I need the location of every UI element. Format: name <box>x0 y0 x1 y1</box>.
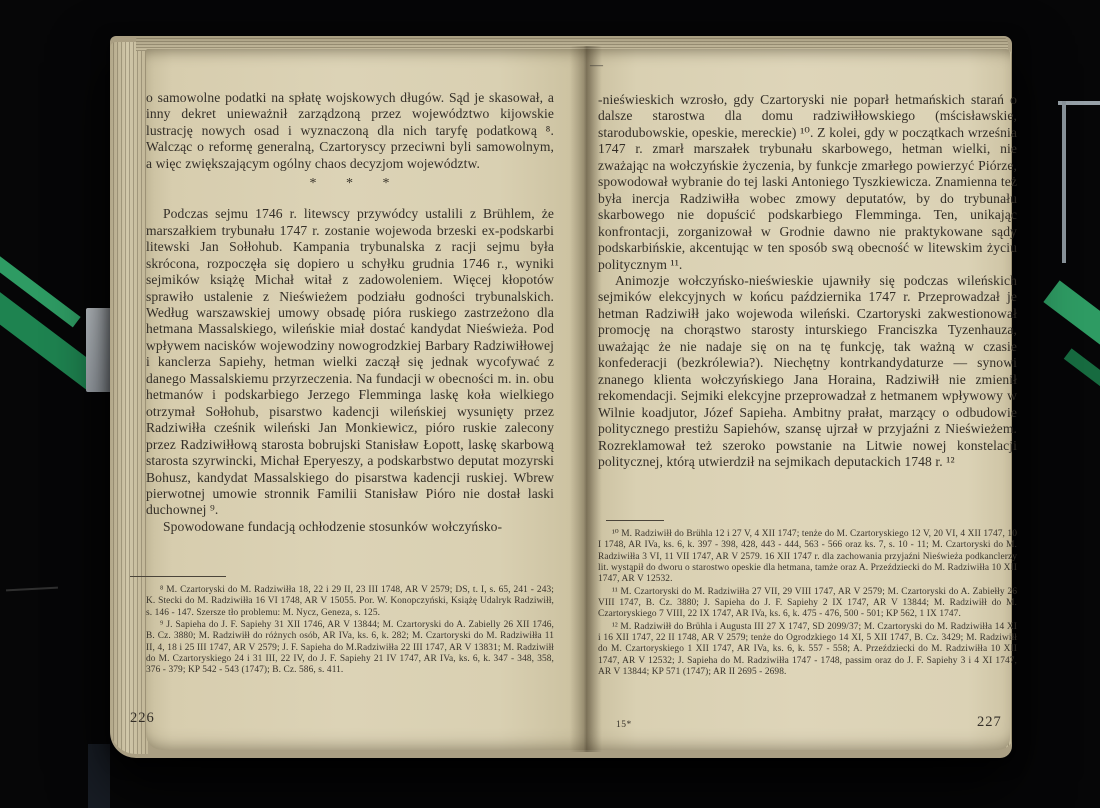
green-stripe-right-lower <box>1064 348 1100 416</box>
correction-mark: — <box>590 57 603 73</box>
left-page-text: o samowolne podatki na spłatę wojskowych… <box>146 90 554 724</box>
paragraph-closing: Spowodowane fundacją ochłodzenie stosunk… <box>146 519 554 535</box>
page-number-left: 226 <box>130 710 155 727</box>
footnote-area: ¹⁰ M. Radziwiłł do Brühla 12 i 27 V, 4 X… <box>598 520 1017 679</box>
paragraph-continuation: -nieświeskich wzrosło, gdy Czartoryski n… <box>598 92 1017 273</box>
footnote-8: ⁸ M. Czartoryski do M. Radziwiłła 18, 22… <box>146 585 554 619</box>
shadow-patch <box>88 744 110 808</box>
footnote-rule <box>606 520 664 521</box>
footnote-9: ⁹ J. Sapieha do J. F. Sapiehy 31 XII 174… <box>146 620 554 677</box>
scratch-mark <box>6 587 58 592</box>
footnote-11: ¹¹ M. Czartoryski do M. Radziwiłła 27 VI… <box>598 587 1017 621</box>
footnote-10: ¹⁰ M. Radziwiłł do Brühla 12 i 27 V, 4 X… <box>598 529 1017 586</box>
footnote-12: ¹² M. Radziwiłł do Brühla i Augusta III … <box>598 622 1017 679</box>
page-stack-left-edge <box>110 42 148 754</box>
paragraph-main: Podczas sejmu 1746 r. litewscy przywódcy… <box>146 206 554 519</box>
section-separator: * * * <box>146 176 554 192</box>
photo-background: o samowolne podatki na spłatę wojskowych… <box>0 0 1100 808</box>
frame-line-vertical <box>1062 101 1066 263</box>
footnote-area: ⁸ M. Czartoryski do M. Radziwiłła 18, 22… <box>146 576 554 678</box>
footnote-rule <box>130 576 226 577</box>
page-number-right: 227 <box>977 714 1002 731</box>
signature-mark: 15* <box>616 720 632 730</box>
bookmark-tab <box>86 308 112 392</box>
right-page-text: -nieświeskich wzrosło, gdy Czartoryski n… <box>598 92 1017 732</box>
paragraph-continuation: o samowolne podatki na spłatę wojskowych… <box>146 90 554 172</box>
paragraph-main: Animozje wołczyńsko-nieświeskie ujawniły… <box>598 273 1017 470</box>
